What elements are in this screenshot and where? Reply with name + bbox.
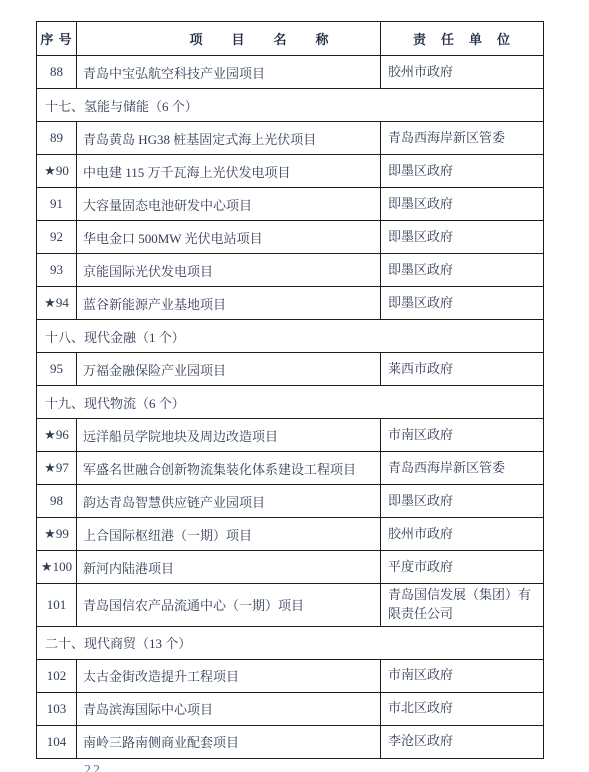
row-project-name: 青岛黄岛 HG38 桩基固定式海上光伏项目 (77, 122, 381, 155)
header-project-name: 项 目 名 称 (77, 22, 381, 56)
row-serial-number: 91 (37, 188, 77, 221)
row-project-name: 青岛滨海国际中心项目 (77, 692, 381, 725)
row-project-name: 新河内陆港项目 (77, 551, 381, 584)
section-row: 十八、现代金融（1 个） (37, 320, 544, 353)
row-responsible-unit: 即墨区政府 (381, 254, 544, 287)
row-responsible-unit: 市南区政府 (381, 659, 544, 692)
row-serial-number: ★90 (37, 155, 77, 188)
table-row: ★99 上合国际枢纽港（一期）项目 胶州市政府 (37, 518, 544, 551)
table-header: 序 号 项 目 名 称 责 任 单 位 (37, 22, 544, 56)
row-responsible-unit: 青岛西海岸新区管委 (381, 122, 544, 155)
header-responsible-unit: 责 任 单 位 (381, 22, 544, 56)
table-row: ★97 军盛名世融合创新物流集装化体系建设工程项目 青岛西海岸新区管委 (37, 452, 544, 485)
row-serial-number: 103 (37, 692, 77, 725)
row-responsible-unit: 胶州市政府 (381, 518, 544, 551)
table-row: ★90 中电建 115 万千瓦海上光伏发电项目 即墨区政府 (37, 155, 544, 188)
row-serial-number: 93 (37, 254, 77, 287)
row-project-name: 华电金口 500MW 光伏电站项目 (77, 221, 381, 254)
table-body: 88 青岛中宝弘航空科技产业园项目 胶州市政府 十七、氢能与储能（6 个） 89… (37, 56, 544, 759)
row-project-name: 青岛国信农产品流通中心（一期）项目 (77, 584, 381, 627)
row-serial-number: 95 (37, 353, 77, 386)
row-responsible-unit: 市北区政府 (381, 692, 544, 725)
row-serial-number: ★96 (37, 419, 77, 452)
row-responsible-unit: 青岛国信发展（集团）有限责任公司 (381, 584, 544, 627)
table-row: 103 青岛滨海国际中心项目 市北区政府 (37, 692, 544, 725)
row-project-name: 万福金融保险产业园项目 (77, 353, 381, 386)
table-row: 102 太古金街改造提升工程项目 市南区政府 (37, 659, 544, 692)
row-serial-number: 98 (37, 485, 77, 518)
row-serial-number: ★97 (37, 452, 77, 485)
row-responsible-unit: 即墨区政府 (381, 485, 544, 518)
row-responsible-unit: 平度市政府 (381, 551, 544, 584)
header-serial-number: 序 号 (37, 22, 77, 56)
row-project-name: 青岛中宝弘航空科技产业园项目 (77, 56, 381, 89)
row-responsible-unit: 即墨区政府 (381, 188, 544, 221)
section-label: 二十、现代商贸（13 个） (37, 626, 544, 659)
row-responsible-unit: 即墨区政府 (381, 287, 544, 320)
page-number: 22 (84, 763, 102, 772)
row-responsible-unit: 胶州市政府 (381, 56, 544, 89)
row-project-name: 韵达青岛智慧供应链产业园项目 (77, 485, 381, 518)
row-serial-number: 102 (37, 659, 77, 692)
row-project-name: 蓝谷新能源产业基地项目 (77, 287, 381, 320)
row-responsible-unit: 青岛西海岸新区管委 (381, 452, 544, 485)
table-row: ★96 远洋船员学院地块及周边改造项目 市南区政府 (37, 419, 544, 452)
table-row: ★100 新河内陆港项目 平度市政府 (37, 551, 544, 584)
row-serial-number: 89 (37, 122, 77, 155)
row-project-name: 京能国际光伏发电项目 (77, 254, 381, 287)
row-serial-number: 92 (37, 221, 77, 254)
row-responsible-unit: 李沧区政府 (381, 725, 544, 758)
table-row: 98 韵达青岛智慧供应链产业园项目 即墨区政府 (37, 485, 544, 518)
table-row: 101 青岛国信农产品流通中心（一期）项目 青岛国信发展（集团）有限责任公司 (37, 584, 544, 627)
row-serial-number: ★99 (37, 518, 77, 551)
table-row: 89 青岛黄岛 HG38 桩基固定式海上光伏项目 青岛西海岸新区管委 (37, 122, 544, 155)
row-project-name: 南岭三路南侧商业配套项目 (77, 725, 381, 758)
row-responsible-unit: 莱西市政府 (381, 353, 544, 386)
section-row: 二十、现代商贸（13 个） (37, 626, 544, 659)
row-responsible-unit: 即墨区政府 (381, 155, 544, 188)
row-project-name: 军盛名世融合创新物流集装化体系建设工程项目 (77, 452, 381, 485)
row-responsible-unit: 即墨区政府 (381, 221, 544, 254)
row-serial-number: 101 (37, 584, 77, 627)
section-row: 十七、氢能与储能（6 个） (37, 89, 544, 122)
row-serial-number: ★94 (37, 287, 77, 320)
table-row: 91 大容量固态电池研发中心项目 即墨区政府 (37, 188, 544, 221)
row-project-name: 大容量固态电池研发中心项目 (77, 188, 381, 221)
section-label: 十九、现代物流（6 个） (37, 386, 544, 419)
row-project-name: 太古金街改造提升工程项目 (77, 659, 381, 692)
table-row: 92 华电金口 500MW 光伏电站项目 即墨区政府 (37, 221, 544, 254)
row-project-name: 中电建 115 万千瓦海上光伏发电项目 (77, 155, 381, 188)
table-row: 93 京能国际光伏发电项目 即墨区政府 (37, 254, 544, 287)
section-label: 十八、现代金融（1 个） (37, 320, 544, 353)
table-row: 88 青岛中宝弘航空科技产业园项目 胶州市政府 (37, 56, 544, 89)
section-label: 十七、氢能与储能（6 个） (37, 89, 544, 122)
project-table: 序 号 项 目 名 称 责 任 单 位 88 青岛中宝弘航空科技产业园项目 胶州… (36, 21, 544, 759)
header-row: 序 号 项 目 名 称 责 任 单 位 (37, 22, 544, 56)
row-serial-number: ★100 (37, 551, 77, 584)
table-row: ★94 蓝谷新能源产业基地项目 即墨区政府 (37, 287, 544, 320)
table-row: 104 南岭三路南侧商业配套项目 李沧区政府 (37, 725, 544, 758)
row-responsible-unit: 市南区政府 (381, 419, 544, 452)
section-row: 十九、现代物流（6 个） (37, 386, 544, 419)
row-project-name: 上合国际枢纽港（一期）项目 (77, 518, 381, 551)
table-row: 95 万福金融保险产业园项目 莱西市政府 (37, 353, 544, 386)
document-page: 序 号 项 目 名 称 责 任 单 位 88 青岛中宝弘航空科技产业园项目 胶州… (0, 0, 589, 772)
row-project-name: 远洋船员学院地块及周边改造项目 (77, 419, 381, 452)
row-serial-number: 88 (37, 56, 77, 89)
row-serial-number: 104 (37, 725, 77, 758)
